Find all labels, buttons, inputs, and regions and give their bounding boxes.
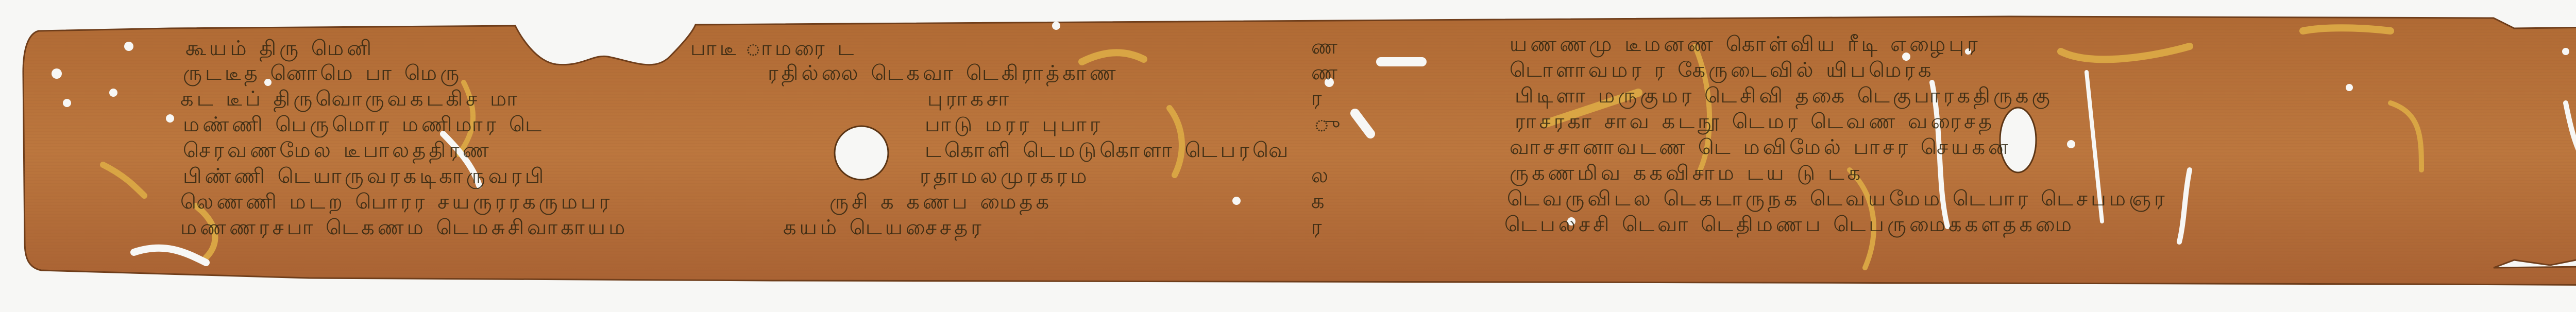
margin-1-glyph-8: ர [1311, 215, 1322, 241]
block-b-line-6: ருகணமிவ ககவிசாம டய டு டக [1510, 161, 1863, 185]
manuscript-photo: கூயம் திரு மெனி ருடடீத னொமெ பா மெரு கட ட… [0, 0, 2576, 312]
block-b-line-8: டெபலசசி டெவா டெதிமணப டெபருமைககளதகமை [1504, 212, 2075, 237]
block-a-line-5: செரவணமேல டீபாலததிரண [183, 138, 492, 163]
margin-1-glyph-2: ண [1311, 61, 1337, 87]
block-a-line-7: லெணணி மடற பொரர சயருரரகருமபர [180, 189, 613, 214]
block-a-cont-line-3: புராகசா [927, 86, 1012, 111]
block-b-line-7: டெவருவிடல டெகடாருநக டெவயமேம டெபார டெசபமஞ… [1507, 186, 2168, 211]
margin-1-glyph-1: ண [1311, 35, 1337, 61]
block-a-line-8: மணணரசபா டெகணம டெமசுசிவாகாயம [180, 215, 628, 240]
margin-1-glyph-3: ர [1311, 86, 1322, 113]
margin-1-glyph-6: ல [1311, 164, 1328, 190]
block-a-cont-line-6: ரதாமலமுரகரம [920, 164, 1090, 188]
block-a-line-6: பிண்ணி டெயாருவரகடிகாருவரபி [183, 164, 547, 188]
block-a-cont-line-2: ரதில்லை டெகவா டெகிராத்காண [768, 61, 1119, 85]
block-a-cont-line-7: ருசி க கணப மைதக [829, 189, 1052, 214]
block-b-line-1: யணணமு டீமனண கொள்விய ரீடி எழைபுர [1510, 32, 1981, 57]
block-a-line-4: மண்ணி பெருமொர மணிமார டெ [183, 112, 545, 137]
block-b-line-5: வாசசானாவடண டெ மவிமேல் பாசர செயகன [1510, 135, 2011, 160]
block-a-cont-line-1: பாடீ ாமரை ட [690, 36, 857, 61]
block-b-line-4: ராசரகா சாவ கடநூ டெமர டெவண வரைசத [1515, 109, 1995, 134]
block-b-line-2: டொளாவமர ர கேருடைவில் யிபமெரக [1510, 58, 1935, 82]
block-a-cont-line-5: டகொளி டெமடுகொளா டெபரவெ [925, 138, 1291, 163]
margin-1-glyph-7: க [1311, 189, 1325, 216]
block-a-line-2: ருடடீத னொமெ பா மெரு [183, 61, 462, 85]
block-b-line-3: பிடிளா மருகுமர டெசிவி தகை டெகுபாரகதிருகக… [1515, 83, 2053, 108]
margin-1-glyph-4: ு [1314, 112, 1340, 138]
block-a-line-3: கட டீப் திருவொருவகடகிச மா [180, 86, 520, 111]
block-a-cont-line-4: பாடு மரர புபார [925, 112, 1103, 137]
block-a-cont-line-8: கயம் டெயசைசதர [783, 215, 985, 240]
block-a-line-1: கூயம் திரு மெனி [185, 36, 375, 61]
binding-hole-left [835, 126, 888, 180]
